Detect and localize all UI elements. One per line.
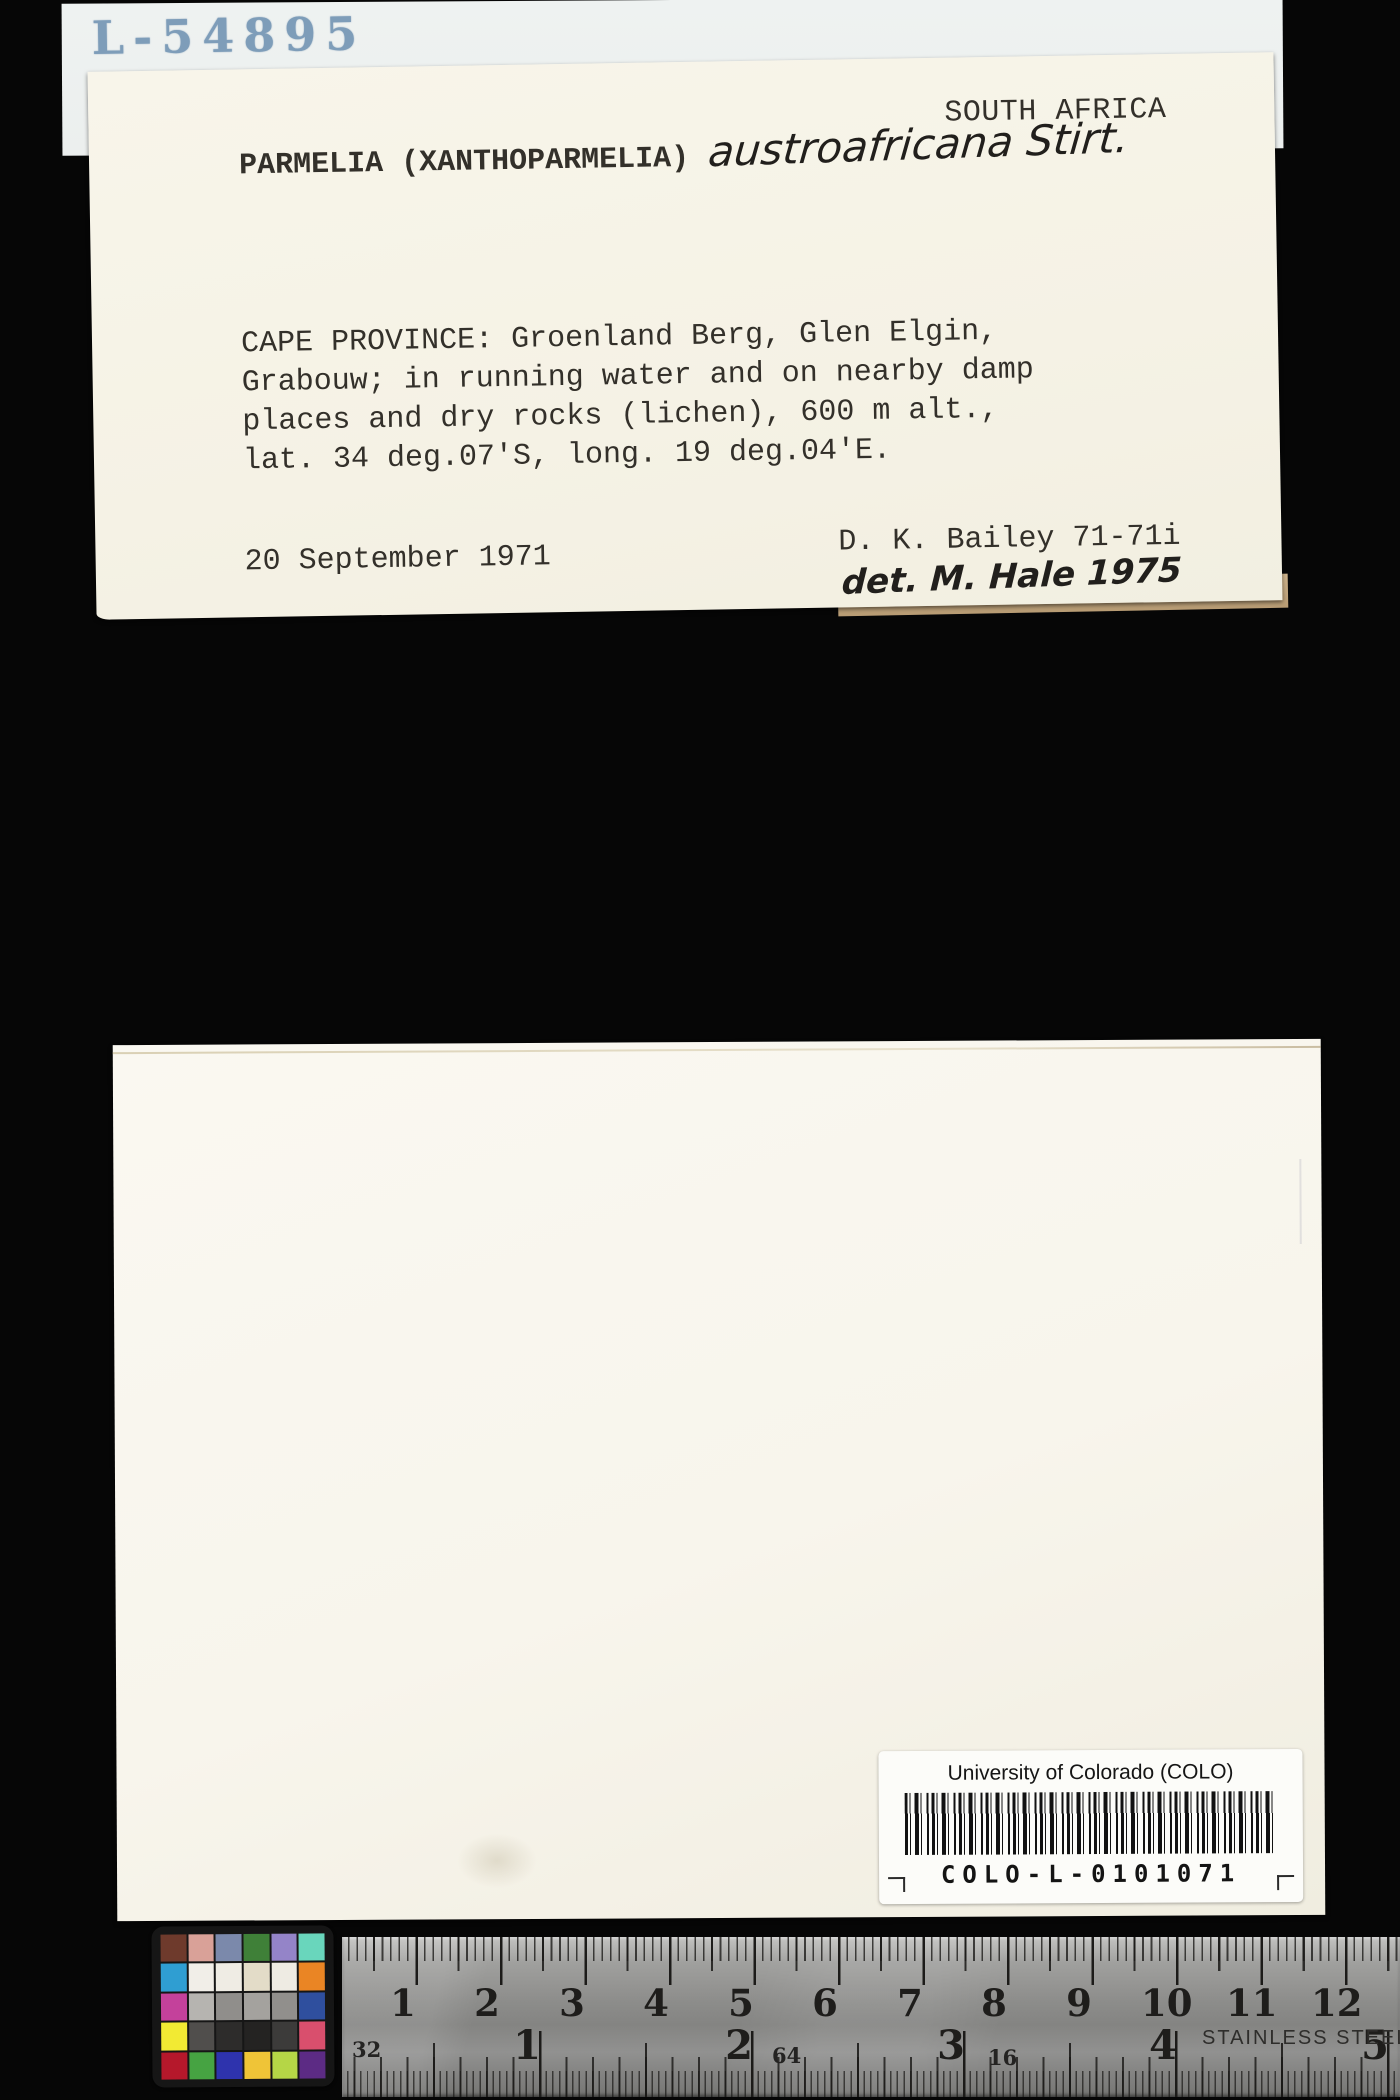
ruler-number: 2 (465, 1981, 509, 2025)
color-swatch (299, 1963, 325, 1991)
specimen-photo-canvas: L-54895 SOUTH AFRICA PARMELIA (XANTHOPAR… (0, 0, 1400, 2100)
accession-stamp: L-54895 (91, 6, 366, 65)
barcode-code-text: COLO-L-0101071 (879, 1859, 1303, 1889)
ruler-fraction-label: 64 (772, 2043, 801, 2068)
color-swatch (272, 2022, 298, 2050)
color-swatch (216, 1993, 242, 2021)
taxon-typed-text: PARMELIA (XANTHOPARMELIA) (239, 142, 690, 183)
color-swatch (272, 2051, 298, 2079)
ruler-number: 9 (1057, 1981, 1101, 2025)
color-swatch (160, 1934, 186, 1962)
ruler-cm-ticks (342, 1937, 1400, 1985)
color-swatch (300, 2051, 326, 2079)
color-swatch (244, 1963, 270, 1991)
color-swatch (244, 1993, 270, 2021)
color-swatch (271, 1934, 297, 1962)
barcode-sticker: University of Colorado (COLO) COLO-L-010… (878, 1749, 1303, 1904)
steel-ruler: 1 2 3 4 5 6 7 8 9 10 11 12 1 2 3 4 5 32 … (342, 1937, 1400, 2097)
color-swatch (161, 2023, 187, 2051)
locality-paragraph: CAPE PROVINCE: Groenland Berg, Glen Elgi… (241, 312, 1036, 481)
color-swatch (216, 1934, 242, 1962)
ruler-fraction-label: 32 (352, 2037, 381, 2062)
ruler-number: 6 (803, 1981, 847, 2025)
ruler-number: 4 (1141, 2022, 1185, 2069)
ruler-number: 10 (1141, 1981, 1185, 2025)
color-swatch (299, 1933, 325, 1961)
color-swatch (216, 2022, 242, 2050)
packet-smudge (457, 1833, 537, 1888)
collection-date-text: 20 September 1971 (244, 540, 551, 579)
ruler-number: 11 (1226, 1981, 1270, 2025)
color-swatch (272, 1992, 298, 2020)
color-swatch (161, 1964, 187, 1992)
color-swatch (299, 1992, 325, 2020)
specimen-label-card: SOUTH AFRICA PARMELIA (XANTHOPARMELIA) a… (88, 52, 1283, 620)
ruler-number: 7 (888, 1981, 932, 2025)
color-swatch (244, 2022, 270, 2050)
institution-text: University of Colorado (COLO) (878, 1760, 1302, 1786)
color-calibration-chart (151, 1925, 334, 2087)
ruler-number: 4 (634, 1981, 678, 2025)
color-swatch (271, 1963, 297, 1991)
color-swatch (216, 1963, 242, 1991)
ruler-brand-text: STAINLESS STEEL (1202, 2027, 1400, 2050)
ruler-fraction-label: 16 (988, 2045, 1017, 2070)
color-swatch-grid (160, 1933, 325, 2079)
ruler-number: 1 (505, 2022, 549, 2069)
ruler-number: 8 (972, 1981, 1016, 2025)
packet-fold-crease (113, 1046, 1321, 1054)
crop-corner-mark-left (888, 1877, 905, 1892)
color-swatch (189, 2022, 215, 2050)
ruler-number: 12 (1311, 1981, 1355, 2025)
ruler-number: 2 (717, 2022, 761, 2069)
crop-corner-mark-right (1277, 1875, 1294, 1890)
taxon-handwritten-text: austroafricana Stirt. (706, 113, 1131, 176)
color-swatch (217, 2052, 243, 2080)
color-swatch (189, 2052, 215, 2080)
ruler-number: 3 (929, 2022, 973, 2069)
color-swatch (188, 1934, 214, 1962)
color-swatch (188, 1964, 214, 1992)
ruler-number: 1 (381, 1981, 425, 2025)
packet-faint-mark (1299, 1159, 1301, 1244)
color-swatch (161, 2052, 187, 2080)
color-swatch (299, 2022, 325, 2050)
color-swatch (161, 1993, 187, 2021)
color-swatch (189, 1993, 215, 2021)
specimen-packet: University of Colorado (COLO) COLO-L-010… (113, 1039, 1326, 1921)
barcode-icon (905, 1791, 1277, 1855)
color-swatch (243, 1934, 269, 1962)
ruler-number: 3 (550, 1981, 594, 2025)
ruler-number: 5 (719, 1981, 763, 2025)
color-swatch (244, 2051, 270, 2079)
